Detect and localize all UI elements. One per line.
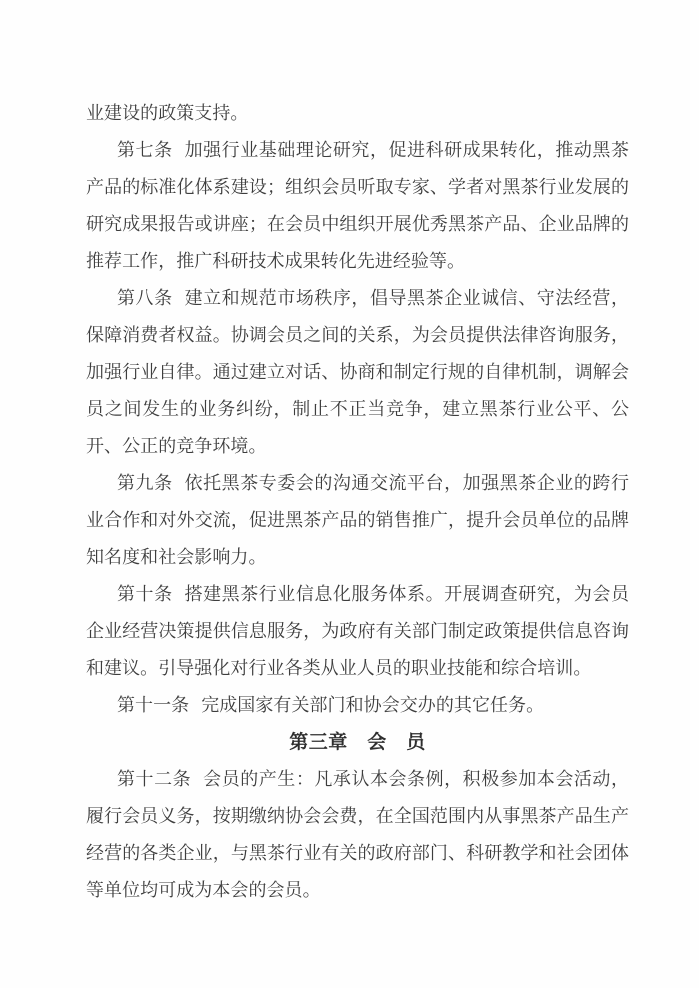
article-11-text: 完成国家有关部门和协会交办的其它任务。	[201, 695, 544, 716]
article-10-number: 第十条	[117, 584, 173, 605]
paragraph-article-8: 第八条建立和规范市场秩序，倡导黑茶企业诚信、守法经营，保障消费者权益。协调会员之…	[86, 280, 629, 465]
paragraph-article-7: 第七条加强行业基础理论研究，促进科研成果转化，推动黑茶产品的标准化体系建设；组织…	[86, 132, 629, 280]
document-page: 业建设的政策支持。 第七条加强行业基础理论研究，促进科研成果转化，推动黑茶产品的…	[0, 0, 699, 988]
article-11-number: 第十一条	[117, 695, 189, 716]
paragraph-continuation: 业建设的政策支持。	[86, 95, 629, 132]
article-9-number: 第九条	[117, 473, 173, 494]
paragraph-article-11: 第十一条完成国家有关部门和协会交办的其它任务。	[86, 687, 629, 724]
chapter-3-heading: 第三章 会 员	[86, 724, 629, 761]
article-7-number: 第七条	[117, 140, 173, 161]
article-8-text: 建立和规范市场秩序，倡导黑茶企业诚信、守法经营，保障消费者权益。协调会员之间的关…	[86, 288, 629, 457]
paragraph-article-9: 第九条依托黑茶专委会的沟通交流平台，加强黑茶企业的跨行业合作和对外交流，促进黑茶…	[86, 465, 629, 576]
paragraph-article-12: 第十二条会员的产生：凡承认本会条例，积极参加本会活动，履行会员义务，按期缴纳协会…	[86, 761, 629, 909]
paragraph-article-10: 第十条搭建黑茶行业信息化服务体系。开展调查研究，为会员企业经营决策提供信息服务，…	[86, 576, 629, 687]
article-8-number: 第八条	[117, 288, 173, 309]
article-12-number: 第十二条	[117, 769, 191, 790]
